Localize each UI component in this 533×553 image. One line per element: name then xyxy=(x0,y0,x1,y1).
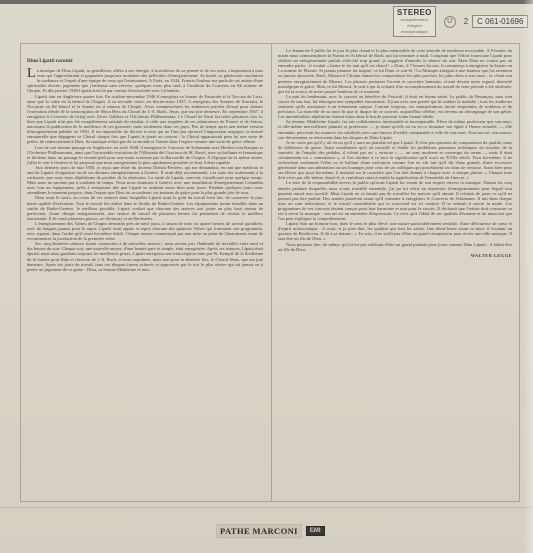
paragraph: Dinu avait le souci, au cours de ces séa… xyxy=(27,195,263,220)
right-column: Le dimanche 9 juillet fut le jour le plu… xyxy=(278,48,512,497)
paragraph: Lipatti vint en Angleterre quatre fois. … xyxy=(27,94,263,145)
stereo-badge: STEREO enregistrement d'origine monophon… xyxy=(393,6,436,37)
paragraph: Aux derniers jours de mai 1950, je reçus… xyxy=(27,165,263,196)
paragraph: La musique de Dinu Lipatti, sa gentilles… xyxy=(27,68,263,93)
paragraph: Le sens de la responsabilité envers le p… xyxy=(278,180,512,221)
paragraph: Sa femme, Madeleine Lipatti, fut une col… xyxy=(278,119,512,139)
paragraph: Lipatti était un homme bon, dans le sens… xyxy=(278,221,512,241)
left-column: Dinu Lipatti raconté La musique de Dinu … xyxy=(27,48,263,497)
label-footer: PATHE MARCONI EMI xyxy=(216,524,325,538)
emi-logo-icon: EMI xyxy=(306,526,325,536)
paragraph: La nuit du lendemain, avec le concert au… xyxy=(278,94,512,119)
liner-notes-frame: Dinu Lipatti raconté La musique de Dinu … xyxy=(20,43,520,502)
paragraph: Lors de son dernier passage en Angleterr… xyxy=(27,145,263,165)
record-sleeve-back: STEREO enregistrement d'origine monophon… xyxy=(0,0,533,553)
catalog-header: STEREO enregistrement d'origine monophon… xyxy=(393,6,528,37)
article-heading: Dinu Lipatti raconté xyxy=(27,59,263,64)
author-signature: WALTER LEGGE xyxy=(278,253,512,258)
drop-cap: L xyxy=(27,69,36,79)
bottom-rule xyxy=(0,507,533,508)
paragraph: Ses cinq dernières séances furent consac… xyxy=(27,241,263,272)
catalog-number: C 061-01696 xyxy=(472,15,528,28)
catalog-prefix: 2 xyxy=(464,17,468,26)
rights-mark-icon: U xyxy=(444,16,456,28)
stereo-badge-line: monophonique xyxy=(397,29,432,35)
label-name: PATHE MARCONI xyxy=(216,524,302,538)
paragraph: Nous pouvons dire, de même, qu'il n'est … xyxy=(278,242,512,252)
paragraph: Je ne crois pas qu'il y ait eu ou qu'il … xyxy=(278,140,512,181)
paragraph: Le dimanche 9 juillet fut le jour le plu… xyxy=(278,48,512,94)
stereo-badge-title: STEREO xyxy=(397,8,432,17)
paragraph: L'enregistrement des Valses de Chopin de… xyxy=(27,221,263,241)
paragraph-text: a musique de Dinu Lipatti, sa gentilless… xyxy=(27,68,263,93)
column-divider xyxy=(271,44,272,501)
